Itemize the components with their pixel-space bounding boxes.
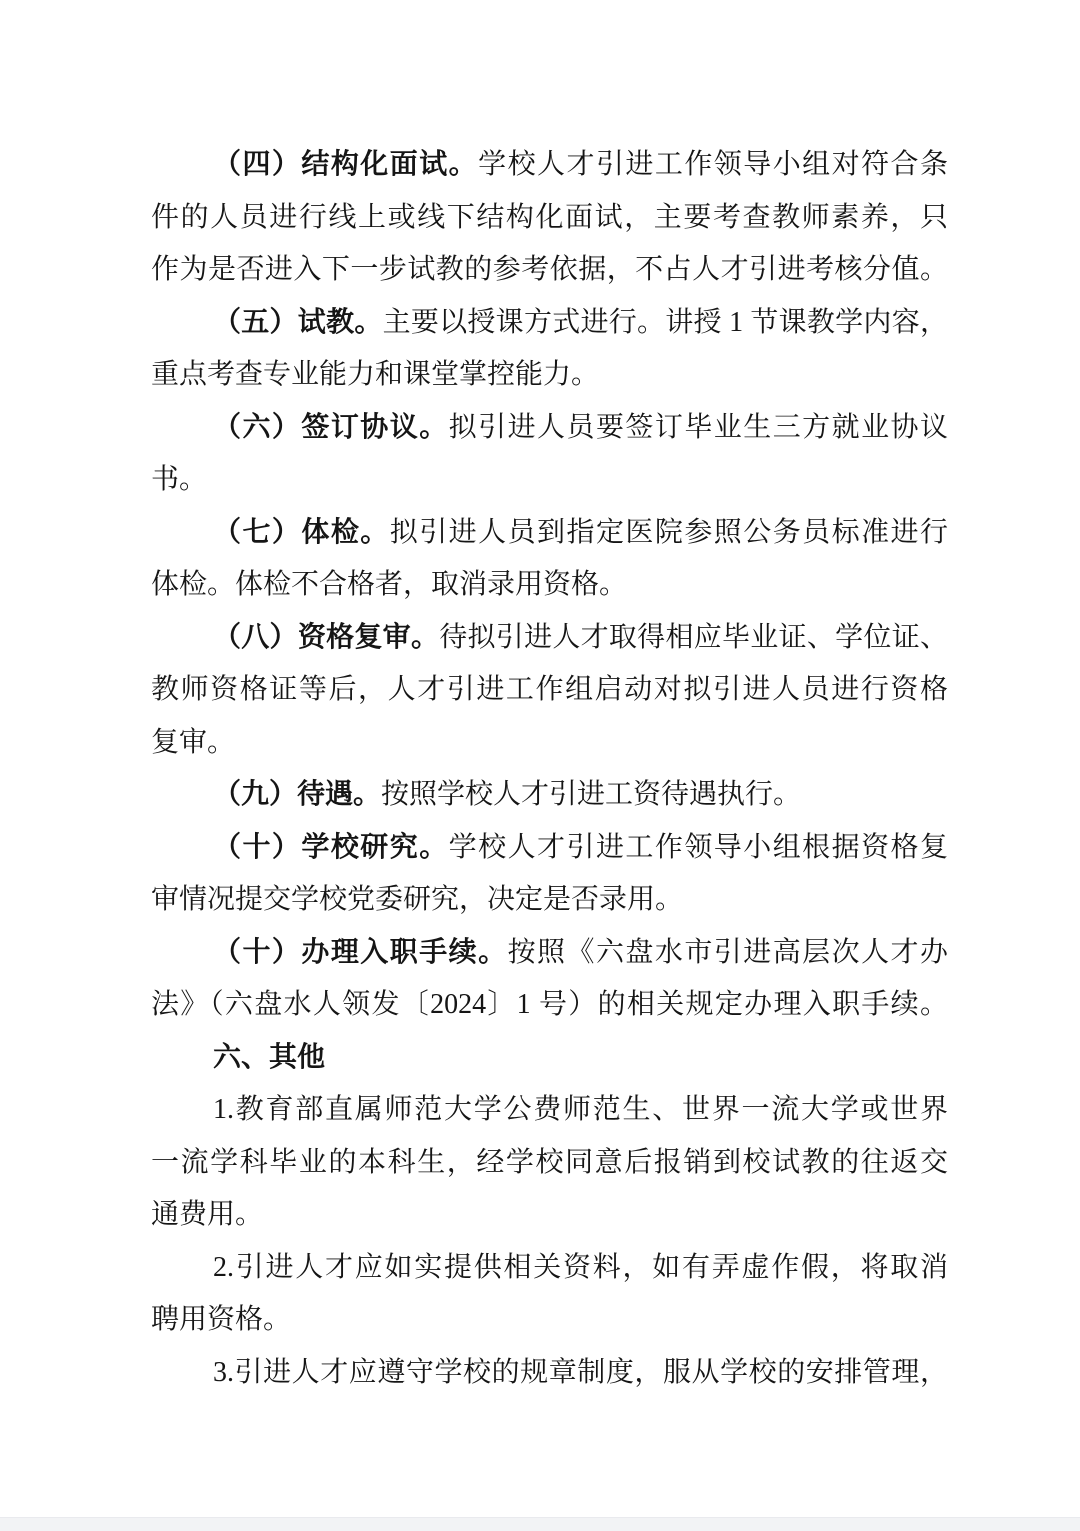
body-text: 1.教育部直属师范大学公费师范生、世界一流大学或世界 — [213, 1094, 948, 1125]
body-text: 3.引进人才应遵守学校的规章制度，服从学校的安排管理， — [213, 1357, 948, 1388]
text-line: 审情况提交学校党委研究，决定是否录用。 — [151, 874, 948, 927]
other-item-2: 2.引进人才应如实提供相关资料，如有弄虚作假，将取消聘用资格。 — [151, 1242, 948, 1347]
text-line: 体检。体检不合格者，取消录用资格。 — [151, 559, 948, 612]
body-text: 主要以授课方式进行。讲授 1 节课教学内容， — [383, 307, 948, 338]
section-heading: （五）试教。 — [213, 307, 383, 338]
page-bottom-bar — [0, 1517, 1080, 1531]
section-7-physical-exam: （七）体检。拟引进人员到指定医院参照公务员标准进行体检。体检不合格者，取消录用资… — [151, 507, 948, 612]
body-text: 体检。体检不合格者，取消录用资格。 — [151, 569, 627, 600]
section-heading: 六、其他 — [213, 1042, 325, 1073]
text-line: 作为是否进入下一步试教的参考依据，不占人才引进考核分值。 — [151, 244, 948, 297]
document-body: （四）结构化面试。学校人才引进工作领导小组对符合条件的人员进行线上或线下结构化面… — [151, 139, 948, 1399]
text-line: 通费用。 — [151, 1189, 948, 1242]
body-text: 重点考查专业能力和课堂掌控能力。 — [151, 359, 599, 390]
section-heading: （四）结构化面试。 — [213, 149, 478, 180]
text-line: （十）办理入职手续。按照《六盘水市引进高层次人才办 — [151, 927, 948, 980]
text-line: 六、其他 — [151, 1032, 948, 1085]
body-text: 学校人才引进工作领导小组对符合条 — [478, 149, 948, 180]
text-line: 法》（六盘水人领发〔2024〕1 号）的相关规定办理入职手续。 — [151, 979, 948, 1032]
body-text: 作为是否进入下一步试教的参考依据，不占人才引进考核分值。 — [151, 254, 948, 285]
text-line: 书。 — [151, 454, 948, 507]
document-page: （四）结构化面试。学校人才引进工作领导小组对符合条件的人员进行线上或线下结构化面… — [0, 0, 1080, 1531]
text-line: （四）结构化面试。学校人才引进工作领导小组对符合条 — [151, 139, 948, 192]
text-line: 重点考查专业能力和课堂掌控能力。 — [151, 349, 948, 402]
section-heading: （六）签订协议。 — [213, 412, 449, 443]
body-text: 法》（六盘水人领发〔2024〕1 号）的相关规定办理入职手续。 — [151, 989, 948, 1020]
text-line: （七）体检。拟引进人员到指定医院参照公务员标准进行 — [151, 507, 948, 560]
text-line: （八）资格复审。待拟引进人才取得相应毕业证、学位证、 — [151, 612, 948, 665]
other-item-3: 3.引进人才应遵守学校的规章制度，服从学校的安排管理， — [151, 1347, 948, 1400]
body-text: 审情况提交学校党委研究，决定是否录用。 — [151, 884, 683, 915]
text-line: 教师资格证等后，人才引进工作组启动对拟引进人员进行资格 — [151, 664, 948, 717]
section-10-onboarding-procedures: （十）办理入职手续。按照《六盘水市引进高层次人才办法》（六盘水人领发〔2024〕… — [151, 927, 948, 1032]
section-6-others-heading: 六、其他 — [151, 1032, 948, 1085]
text-line: 聘用资格。 — [151, 1294, 948, 1347]
section-9-compensation: （九）待遇。按照学校人才引进工资待遇执行。 — [151, 769, 948, 822]
text-line: 复审。 — [151, 717, 948, 770]
body-text: 待拟引进人才取得相应毕业证、学位证、 — [439, 622, 948, 653]
body-text: 聘用资格。 — [151, 1304, 291, 1335]
text-line: 一流学科毕业的本科生，经学校同意后报销到校试教的往返交 — [151, 1137, 948, 1190]
section-5-trial-teaching: （五）试教。主要以授课方式进行。讲授 1 节课教学内容，重点考查专业能力和课堂掌… — [151, 297, 948, 402]
body-text: 复审。 — [151, 727, 235, 758]
body-text: 拟引进人员到指定医院参照公务员标准进行 — [390, 517, 948, 548]
body-text: 学校人才引进工作领导小组根据资格复 — [449, 832, 948, 863]
text-line: （五）试教。主要以授课方式进行。讲授 1 节课教学内容， — [151, 297, 948, 350]
other-item-1: 1.教育部直属师范大学公费师范生、世界一流大学或世界一流学科毕业的本科生，经学校… — [151, 1084, 948, 1242]
section-heading: （十）学校研究。 — [213, 832, 449, 863]
section-heading: （九）待遇。 — [213, 779, 381, 810]
text-line: （十）学校研究。学校人才引进工作领导小组根据资格复 — [151, 822, 948, 875]
text-line: （六）签订协议。拟引进人员要签订毕业生三方就业协议 — [151, 402, 948, 455]
text-line: （九）待遇。按照学校人才引进工资待遇执行。 — [151, 769, 948, 822]
section-8-qualification-review: （八）资格复审。待拟引进人才取得相应毕业证、学位证、教师资格证等后，人才引进工作… — [151, 612, 948, 770]
body-text: 拟引进人员要签订毕业生三方就业协议 — [449, 412, 948, 443]
body-text: 书。 — [151, 464, 207, 495]
section-6-sign-agreement: （六）签订协议。拟引进人员要签订毕业生三方就业协议书。 — [151, 402, 948, 507]
section-4-structured-interview: （四）结构化面试。学校人才引进工作领导小组对符合条件的人员进行线上或线下结构化面… — [151, 139, 948, 297]
text-line: 1.教育部直属师范大学公费师范生、世界一流大学或世界 — [151, 1084, 948, 1137]
body-text: 教师资格证等后，人才引进工作组启动对拟引进人员进行资格 — [151, 674, 948, 705]
body-text: 2.引进人才应如实提供相关资料，如有弄虚作假，将取消 — [213, 1252, 948, 1283]
section-heading: （八）资格复审。 — [213, 622, 439, 653]
body-text: 件的人员进行线上或线下结构化面试，主要考查教师素养，只 — [151, 202, 948, 233]
body-text: 按照《六盘水市引进高层次人才办 — [508, 937, 948, 968]
section-heading: （十）办理入职手续。 — [213, 937, 508, 968]
body-text: 按照学校人才引进工资待遇执行。 — [381, 779, 801, 810]
body-text: 一流学科毕业的本科生，经学校同意后报销到校试教的往返交 — [151, 1147, 948, 1178]
text-line: 件的人员进行线上或线下结构化面试，主要考查教师素养，只 — [151, 192, 948, 245]
body-text: 通费用。 — [151, 1199, 263, 1230]
text-line: 3.引进人才应遵守学校的规章制度，服从学校的安排管理， — [151, 1347, 948, 1400]
section-10-school-deliberation: （十）学校研究。学校人才引进工作领导小组根据资格复审情况提交学校党委研究，决定是… — [151, 822, 948, 927]
text-line: 2.引进人才应如实提供相关资料，如有弄虚作假，将取消 — [151, 1242, 948, 1295]
section-heading: （七）体检。 — [213, 517, 390, 548]
